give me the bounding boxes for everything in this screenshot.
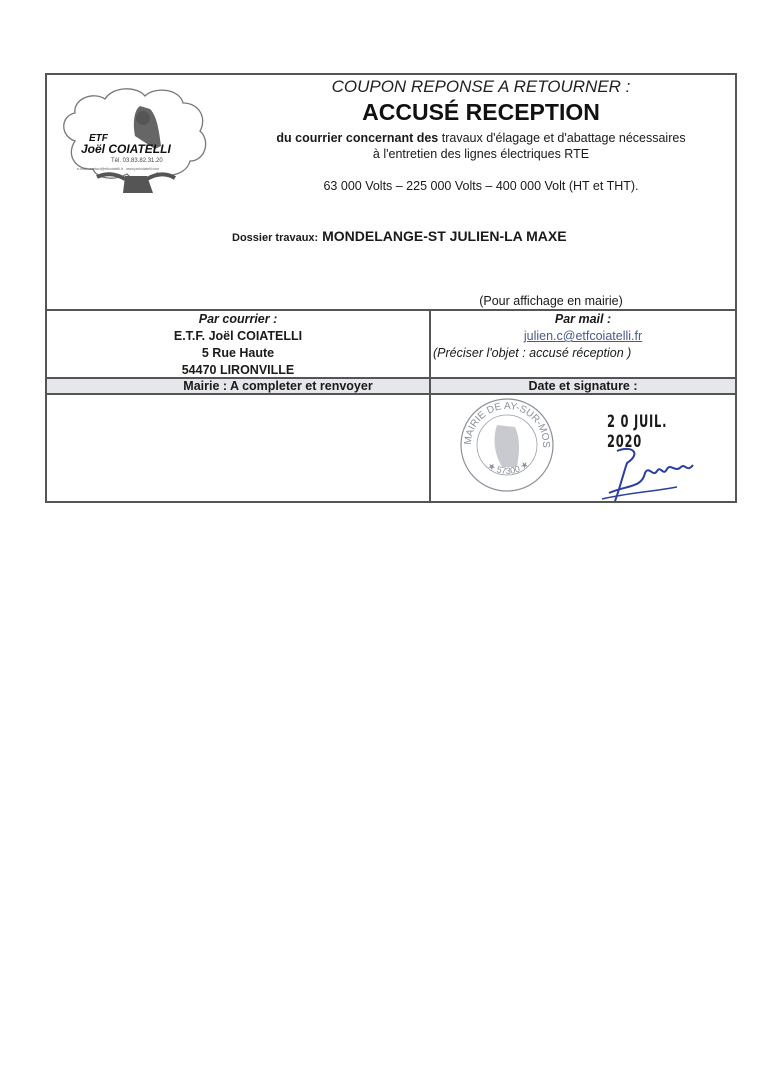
main-title: ACCUSÉ RECEPTION [227,99,735,126]
dossier: Dossier travaux: MONDELANGE-ST JULIEN-LA… [232,228,567,244]
mail-section: Par mail : julien.c@etfcoiatelli.fr (Pré… [431,311,735,362]
logo-phone: Tél. 03.83.82.31.20 [111,158,163,164]
description-rest: travaux d'élagage et d'abattage nécessai… [438,131,685,145]
company-logo: ETF Joël COIATELLI Tél. 03.83.82.31.20 e… [55,81,211,197]
email-link[interactable]: julien.c@etfcoiatelli.fr [524,329,642,343]
description-line1: du courrier concernant des travaux d'éla… [227,131,735,145]
courrier-heading: Par courrier : [47,311,429,328]
courrier-street: 5 Rue Haute [47,345,429,362]
signature [597,443,707,503]
logo-company-name: Joël COIATELLI [81,142,171,156]
voltages: 63 000 Volts – 225 000 Volts – 400 000 V… [227,179,735,193]
description-bold: du courrier concernant des [276,131,438,145]
description-line2: à l'entretien des lignes électriques RTE [227,147,735,161]
column-divider [429,377,431,503]
coupon-title: COUPON REPONSE A RETOURNER : [227,77,735,97]
courrier-section: Par courrier : E.T.F. Joël COIATELLI 5 R… [47,311,429,379]
coupon-frame: ETF Joël COIATELLI Tél. 03.83.82.31.20 e… [45,73,737,503]
dossier-label: Dossier travaux: [232,232,318,244]
affichage-note: (Pour affichage en mairie) [327,294,735,308]
mail-heading: Par mail : [431,311,735,328]
dossier-value: MONDELANGE-ST JULIEN-LA MAXE [322,228,566,244]
logo-contact: e-mail : contact@etfcoiatelli.fr - www.j… [77,167,159,171]
courrier-name: E.T.F. Joël COIATELLI [47,328,429,345]
mail-note: (Préciser l'objet : accusé réception ) [431,345,735,362]
divider [47,393,735,395]
mairie-stamp: MAIRIE DE AY-SUR-MOSELLE ★ 57300 ★ [457,395,557,495]
